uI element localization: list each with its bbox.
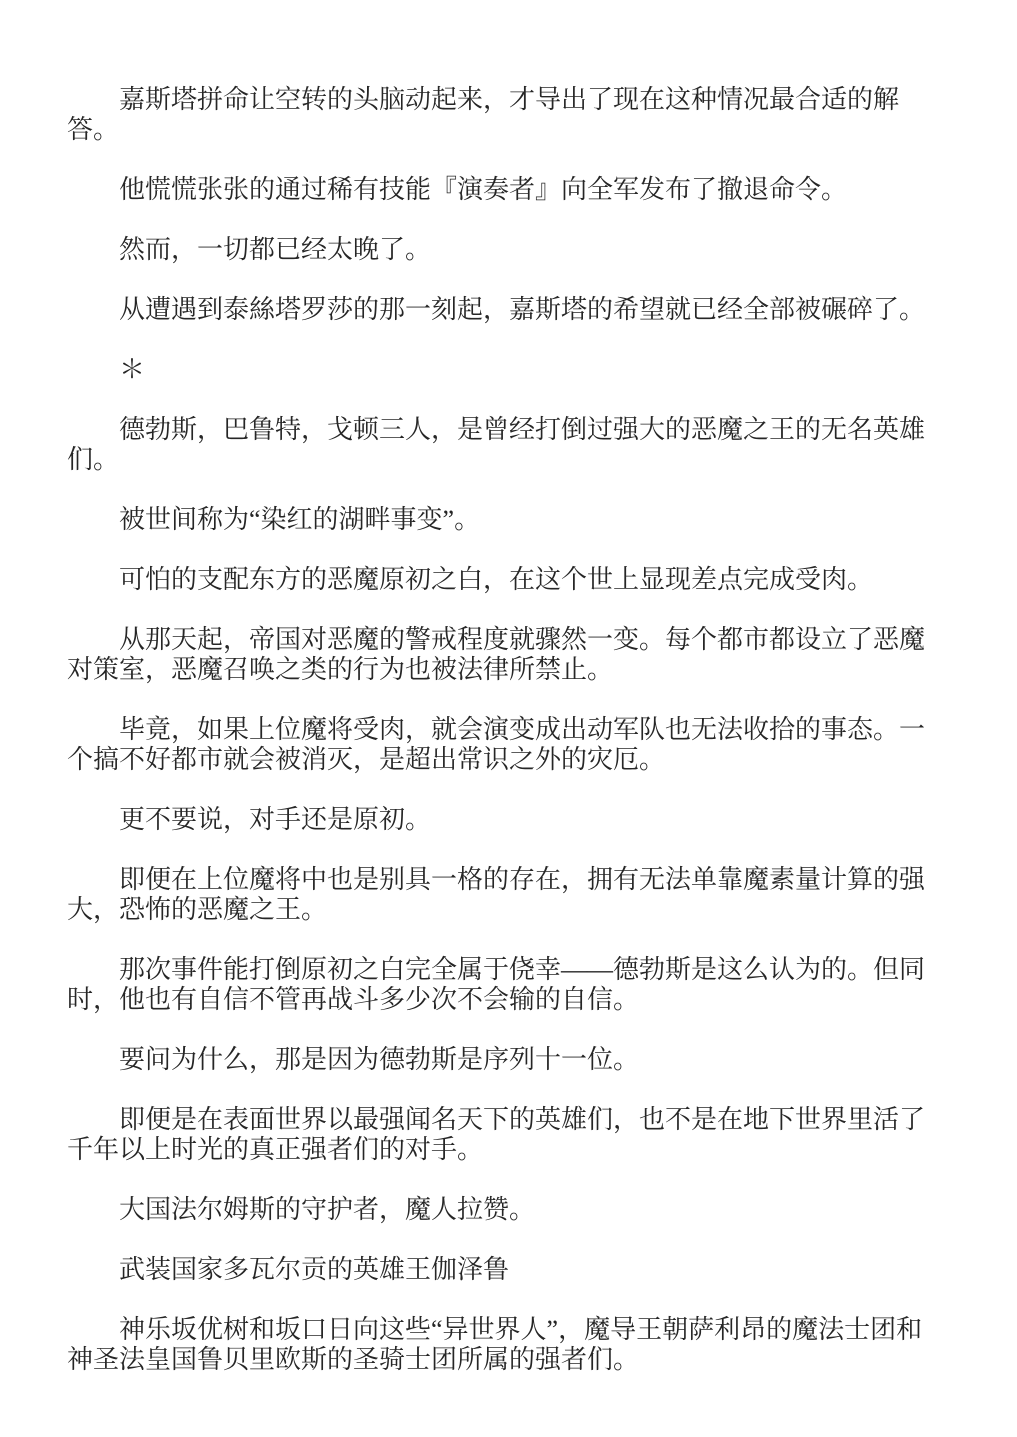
paragraph: 被世间称为“染红的湖畔事变”。 <box>67 505 933 535</box>
paragraph: 毕竟，如果上位魔将受肉，就会演变成出动军队也无法收拾的事态。一个搞不好都市就会被… <box>67 715 933 775</box>
paragraph: 大国法尔姆斯的守护者，魔人拉赞。 <box>67 1195 933 1225</box>
paragraph: 德勃斯，巴鲁特，戈顿三人，是曾经打倒过强大的恶魔之王的无名英雄们。 <box>67 415 933 475</box>
paragraph: 嘉斯塔拼命让空转的头脑动起来，才导出了现在这种情况最合适的解答。 <box>67 85 933 145</box>
paragraph: 武装国家多瓦尔贡的英雄王伽泽鲁 <box>67 1255 933 1285</box>
paragraph: 更不要说，对手还是原初。 <box>67 805 933 835</box>
paragraph: 即便在上位魔将中也是别具一格的存在，拥有无法单靠魔素量计算的强大，恐怖的恶魔之王… <box>67 865 933 925</box>
document-page: 嘉斯塔拼命让空转的头脑动起来，才导出了现在这种情况最合适的解答。 他慌慌张张的通… <box>0 0 1017 1437</box>
section-separator: ＊ <box>67 355 933 385</box>
paragraph: 那次事件能打倒原初之白完全属于侥幸——德勃斯是这么认为的。但同时，他也有自信不管… <box>67 955 933 1015</box>
paragraph: 从遭遇到泰絲塔罗莎的那一刻起，嘉斯塔的希望就已经全部被碾碎了。 <box>67 295 933 325</box>
paragraph: 从那天起，帝国对恶魔的警戒程度就骤然一变。每个都市都设立了恶魔对策室，恶魔召唤之… <box>67 625 933 685</box>
paragraph: 然而，一切都已经太晚了。 <box>67 235 933 265</box>
paragraph: 他慌慌张张的通过稀有技能『演奏者』向全军发布了撤退命令。 <box>67 175 933 205</box>
paragraph: 要问为什么，那是因为德勃斯是序列十一位。 <box>67 1045 933 1075</box>
paragraph: 神乐坂优树和坂口日向这些“异世界人”，魔导王朝萨利昂的魔法士团和神圣法皇国鲁贝里… <box>67 1315 933 1375</box>
paragraph: 即便是在表面世界以最强闻名天下的英雄们，也不是在地下世界里活了千年以上时光的真正… <box>67 1105 933 1165</box>
paragraph: 可怕的支配东方的恶魔原初之白，在这个世上显现差点完成受肉。 <box>67 565 933 595</box>
